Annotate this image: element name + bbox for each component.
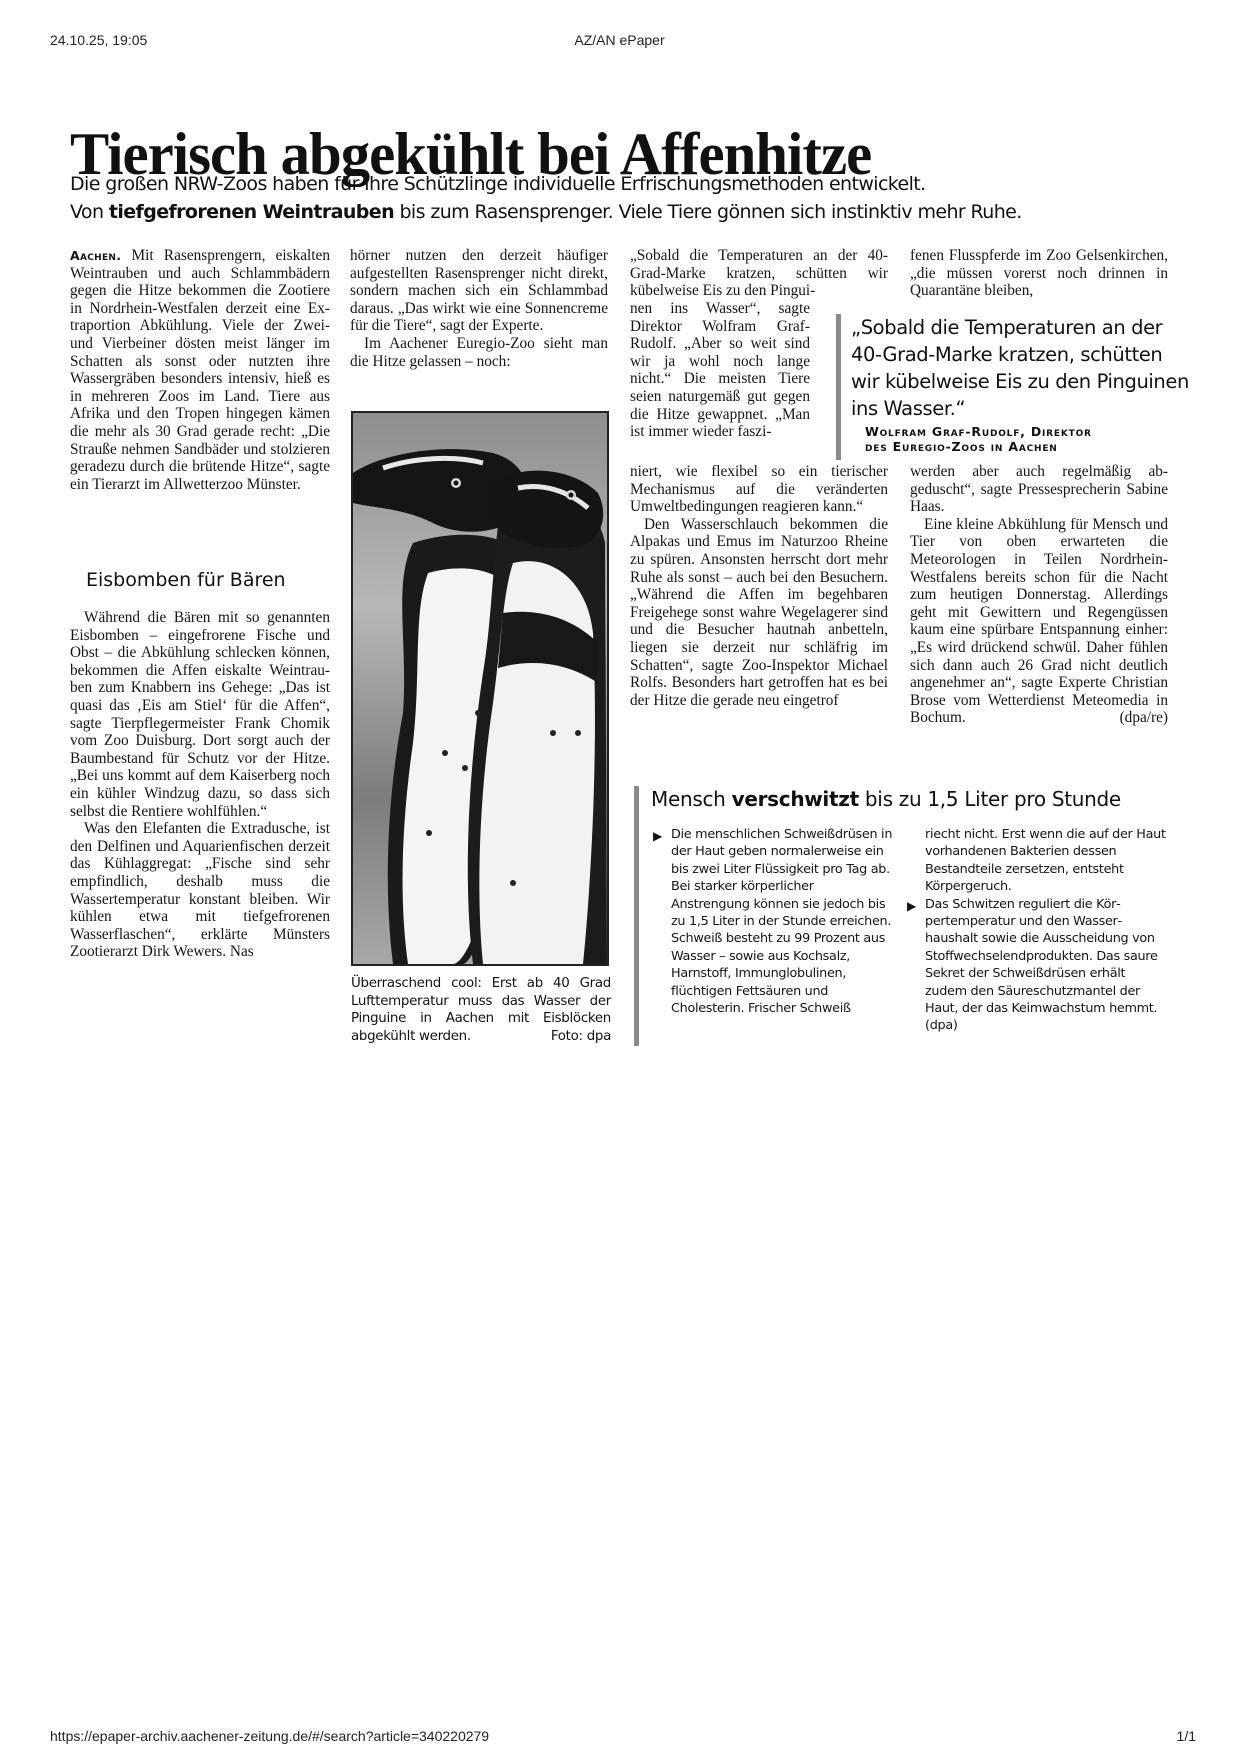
article-column-3-top: „Sobald die Temperaturen an der 40-Grad-… xyxy=(630,247,888,300)
paragraph: „Sobald die Temperaturen an der 40-Grad-… xyxy=(630,247,888,300)
penguin-image-icon xyxy=(353,413,607,964)
info-bullet: ▶ Die menschlichen Schweißdrü­sen in der… xyxy=(653,826,893,1017)
subhead-line-2: Von tiefgefrorenen Weintrauben bis zum R… xyxy=(70,198,1180,226)
bullet-text: Die menschlichen Schweißdrü­sen in der H… xyxy=(671,827,892,1016)
article-column-1: Aachen. Mit Rasensprengern, eis­kalten W… xyxy=(70,247,330,493)
paragraph: nen ins Wasser“, sagte Direktor Wolfram … xyxy=(630,300,810,441)
print-page-number: 1/1 xyxy=(1177,1728,1196,1744)
paragraph: Eine kleine Abkühlung für Mensch und Tie… xyxy=(910,516,1168,727)
paragraph-text: Eine kleine Abkühlung für Mensch und Tie… xyxy=(910,516,1168,727)
photo-caption: Überraschend cool: Erst ab 40 Grad Luftt… xyxy=(351,975,611,1045)
paragraph: hörner nutzen den derzeit häufi­ger aufg… xyxy=(350,247,608,335)
paragraph: Aachen. Mit Rasensprengern, eis­kalten W… xyxy=(70,247,330,493)
paragraph: Was den Elefanten die Extradu­sche, ist … xyxy=(70,820,330,961)
subhead-line-1: Die großen NRW-Zoos haben für ihre Schüt… xyxy=(70,170,1180,198)
article-subhead: Die großen NRW-Zoos haben für ihre Schüt… xyxy=(70,170,1180,226)
info-box: Mensch verschwitzt bis zu 1,5 Liter pro … xyxy=(634,786,1184,1046)
triangle-bullet-icon: ▶ xyxy=(653,828,662,845)
title-text: Mensch xyxy=(651,787,732,811)
dateline: Aachen. xyxy=(70,248,121,263)
title-emphasis: verschwitzt xyxy=(732,787,859,811)
info-bullet: ▶ Das Schwitzen reguliert die Kör­pertem… xyxy=(907,896,1167,1035)
title-text: bis zu 1,5 Liter pro Stunde xyxy=(859,787,1121,811)
photo-credit: Foto: dpa xyxy=(551,1028,611,1046)
print-url: https://epaper-archiv.aachener-zeitung.d… xyxy=(50,1728,489,1744)
info-box-column-2: riecht nicht. Erst wenn die auf der Haut… xyxy=(907,826,1167,1035)
paragraph: Während die Bären mit so ge­nannten Eisb… xyxy=(70,609,330,820)
pull-quote: „Sobald die Temperaturen an der 40-Grad-… xyxy=(836,314,1191,460)
article-column-4-bottom: werden aber auch regelmäßig ab­geduscht“… xyxy=(910,463,1168,727)
article-column-1-continued: Während die Bären mit so ge­nannten Eisb… xyxy=(70,609,330,961)
print-header: 24.10.25, 19:05 AZ/AN ePaper xyxy=(0,32,1239,52)
pull-quote-attribution: Wolfram Graf-Rudolf, Direktor des Euregi… xyxy=(865,424,1191,454)
attribution-line: des Euregio-Zoos in Aachen xyxy=(865,439,1191,454)
subhead-emphasis: tiefgefrorenen Weintrauben xyxy=(109,201,394,223)
paragraph: niert, wie flexibel so ein tierischer Me… xyxy=(630,463,888,516)
info-box-column-1: ▶ Die menschlichen Schweißdrü­sen in der… xyxy=(653,826,893,1017)
bullet-continuation: riecht nicht. Erst wenn die auf der Haut… xyxy=(907,826,1167,896)
article-column-3-narrow: nen ins Wasser“, sagte Direktor Wolfram … xyxy=(630,300,810,441)
subhead-text: Von xyxy=(70,201,109,223)
paragraph: fenen Flusspferde im Zoo Gelsen­kirchen,… xyxy=(910,247,1168,300)
paragraph: Im Aachener Euregio-Zoo sieht man die Hi… xyxy=(350,335,608,370)
article-column-4-top: fenen Flusspferde im Zoo Gelsen­kirchen,… xyxy=(910,247,1168,300)
print-title: AZ/AN ePaper xyxy=(0,32,1239,48)
paragraph: Den Wasserschlauch bekom­men die Alpakas… xyxy=(630,516,888,710)
info-box-title: Mensch verschwitzt bis zu 1,5 Liter pro … xyxy=(651,786,1181,812)
article-column-2: hörner nutzen den derzeit häufi­ger aufg… xyxy=(350,247,608,370)
attribution-line: Wolfram Graf-Rudolf, Direktor xyxy=(865,424,1191,439)
pull-quote-text: „Sobald die Temperaturen an der 40-Grad-… xyxy=(851,314,1191,422)
section-subtitle: Eisbomben für Bären xyxy=(86,568,346,592)
print-footer: https://epaper-archiv.aachener-zeitung.d… xyxy=(0,1728,1239,1748)
paragraph: werden aber auch regelmäßig ab­geduscht“… xyxy=(910,463,1168,516)
paragraph-text: Mit Rasensprengern, eis­kalten Weintraub… xyxy=(70,247,330,493)
author-signature: (dpa/re) xyxy=(1106,709,1168,727)
triangle-bullet-icon: ▶ xyxy=(907,898,916,915)
bullet-text: Das Schwitzen reguliert die Kör­pertempe… xyxy=(925,897,1158,1034)
article-column-3-bottom: niert, wie flexibel so ein tierischer Me… xyxy=(630,463,888,709)
penguin-photo xyxy=(351,411,609,966)
subhead-text: bis zum Rasensprenger. Viele Tiere gönne… xyxy=(394,201,1022,223)
